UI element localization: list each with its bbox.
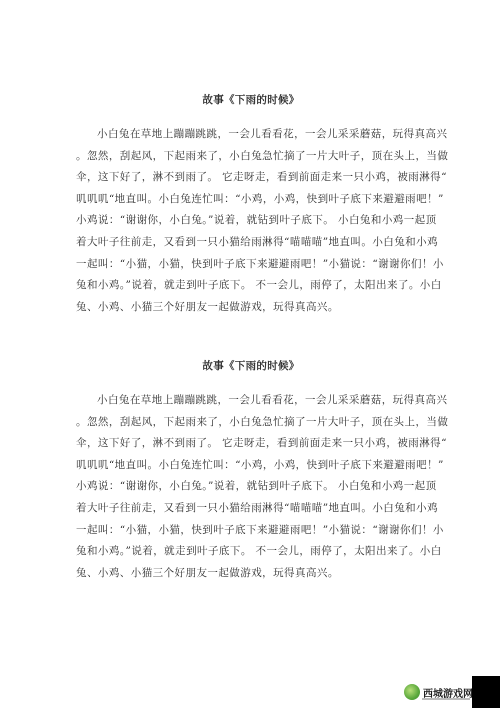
text-line: 小白兔在草地上蹦蹦跳跳，一会儿看看花，一会儿采采蘑菇，玩得真高兴 — [76, 390, 426, 412]
story-paragraph: 小白兔在草地上蹦蹦跳跳，一会儿看看花，一会儿采采蘑菇，玩得真高兴 。忽然，刮起风… — [76, 390, 426, 584]
text-line: 一起叫：“小猫，小猫，快到叶子底下来避避雨吧！”小猫说：“谢谢你们！小 — [76, 254, 426, 276]
text-line: 兔、小鸡、小猫三个好朋友一起做游戏，玩得真高兴。 — [76, 297, 426, 319]
watermark-subline — [422, 698, 470, 700]
leaf-logo-icon — [404, 684, 420, 700]
watermark-corner — [472, 676, 500, 708]
text-line: 兔和小鸡。”说着，就走到叶子底下。 不一会儿，雨停了，太阳出来了。小白 — [76, 541, 426, 563]
text-line: 着大叶子往前走，又看到一只小猫给雨淋得“喵喵喵”地直叫。小白兔和小鸡 — [76, 498, 426, 520]
story-block-2: 故事《下雨的时候》 小白兔在草地上蹦蹦跳跳，一会儿看看花，一会儿采采蘑菇，玩得真… — [76, 359, 426, 584]
text-line: 兔和小鸡。”说着，就走到叶子底下。 不一会儿，雨停了，太阳出来了。小白 — [76, 275, 426, 297]
story-paragraph: 小白兔在草地上蹦蹦跳跳，一会儿看看花，一会儿采采蘑菇，玩得真高兴 。忽然，刮起风… — [76, 124, 426, 318]
text-line: 小鸡说：“谢谢你，小白兔。”说着，就钻到叶子底下。 小白兔和小鸡一起顶 — [76, 210, 426, 232]
text-line: 伞，这下好了，淋不到雨了。 它走呀走，看到前面走来一只小鸡，被雨淋得“ — [76, 433, 426, 455]
text-line: 叽叽叽“地直叫。小白兔连忙叫：“小鸡，小鸡，快到叶子底下来避避雨吧！” — [76, 455, 426, 477]
story-block-1: 故事《下雨的时候》 小白兔在草地上蹦蹦跳跳，一会儿看看花，一会儿采采蘑菇，玩得真… — [76, 93, 426, 318]
story-title: 故事《下雨的时候》 — [76, 359, 426, 373]
text-line: 着大叶子往前走，又看到一只小猫给雨淋得“喵喵喵”地直叫。小白兔和小鸡 — [76, 232, 426, 254]
text-line: 兔、小鸡、小猫三个好朋友一起做游戏，玩得真高兴。 — [76, 563, 426, 585]
text-line: 一起叫：“小猫，小猫，快到叶子底下来避避雨吧！”小猫说：“谢谢你们！小 — [76, 520, 426, 542]
site-watermark: 西城游戏网 — [400, 676, 500, 708]
story-title: 故事《下雨的时候》 — [76, 93, 426, 107]
text-line: 。忽然，刮起风，下起雨来了，小白兔急忙摘了一片大叶子，顶在头上，当做 — [76, 412, 426, 434]
text-line: 。忽然，刮起风，下起雨来了，小白兔急忙摘了一片大叶子，顶在头上，当做 — [76, 146, 426, 168]
text-line: 小鸡说：“谢谢你，小白兔。”说着，就钻到叶子底下。 小白兔和小鸡一起顶 — [76, 476, 426, 498]
text-line: 伞，这下好了，淋不到雨了。 它走呀走，看到前面走来一只小鸡，被雨淋得“ — [76, 167, 426, 189]
text-line: 小白兔在草地上蹦蹦跳跳，一会儿看看花，一会儿采采蘑菇，玩得真高兴 — [76, 124, 426, 146]
text-line: 叽叽叽“地直叫。小白兔连忙叫：“小鸡，小鸡，快到叶子底下来避避雨吧！” — [76, 189, 426, 211]
